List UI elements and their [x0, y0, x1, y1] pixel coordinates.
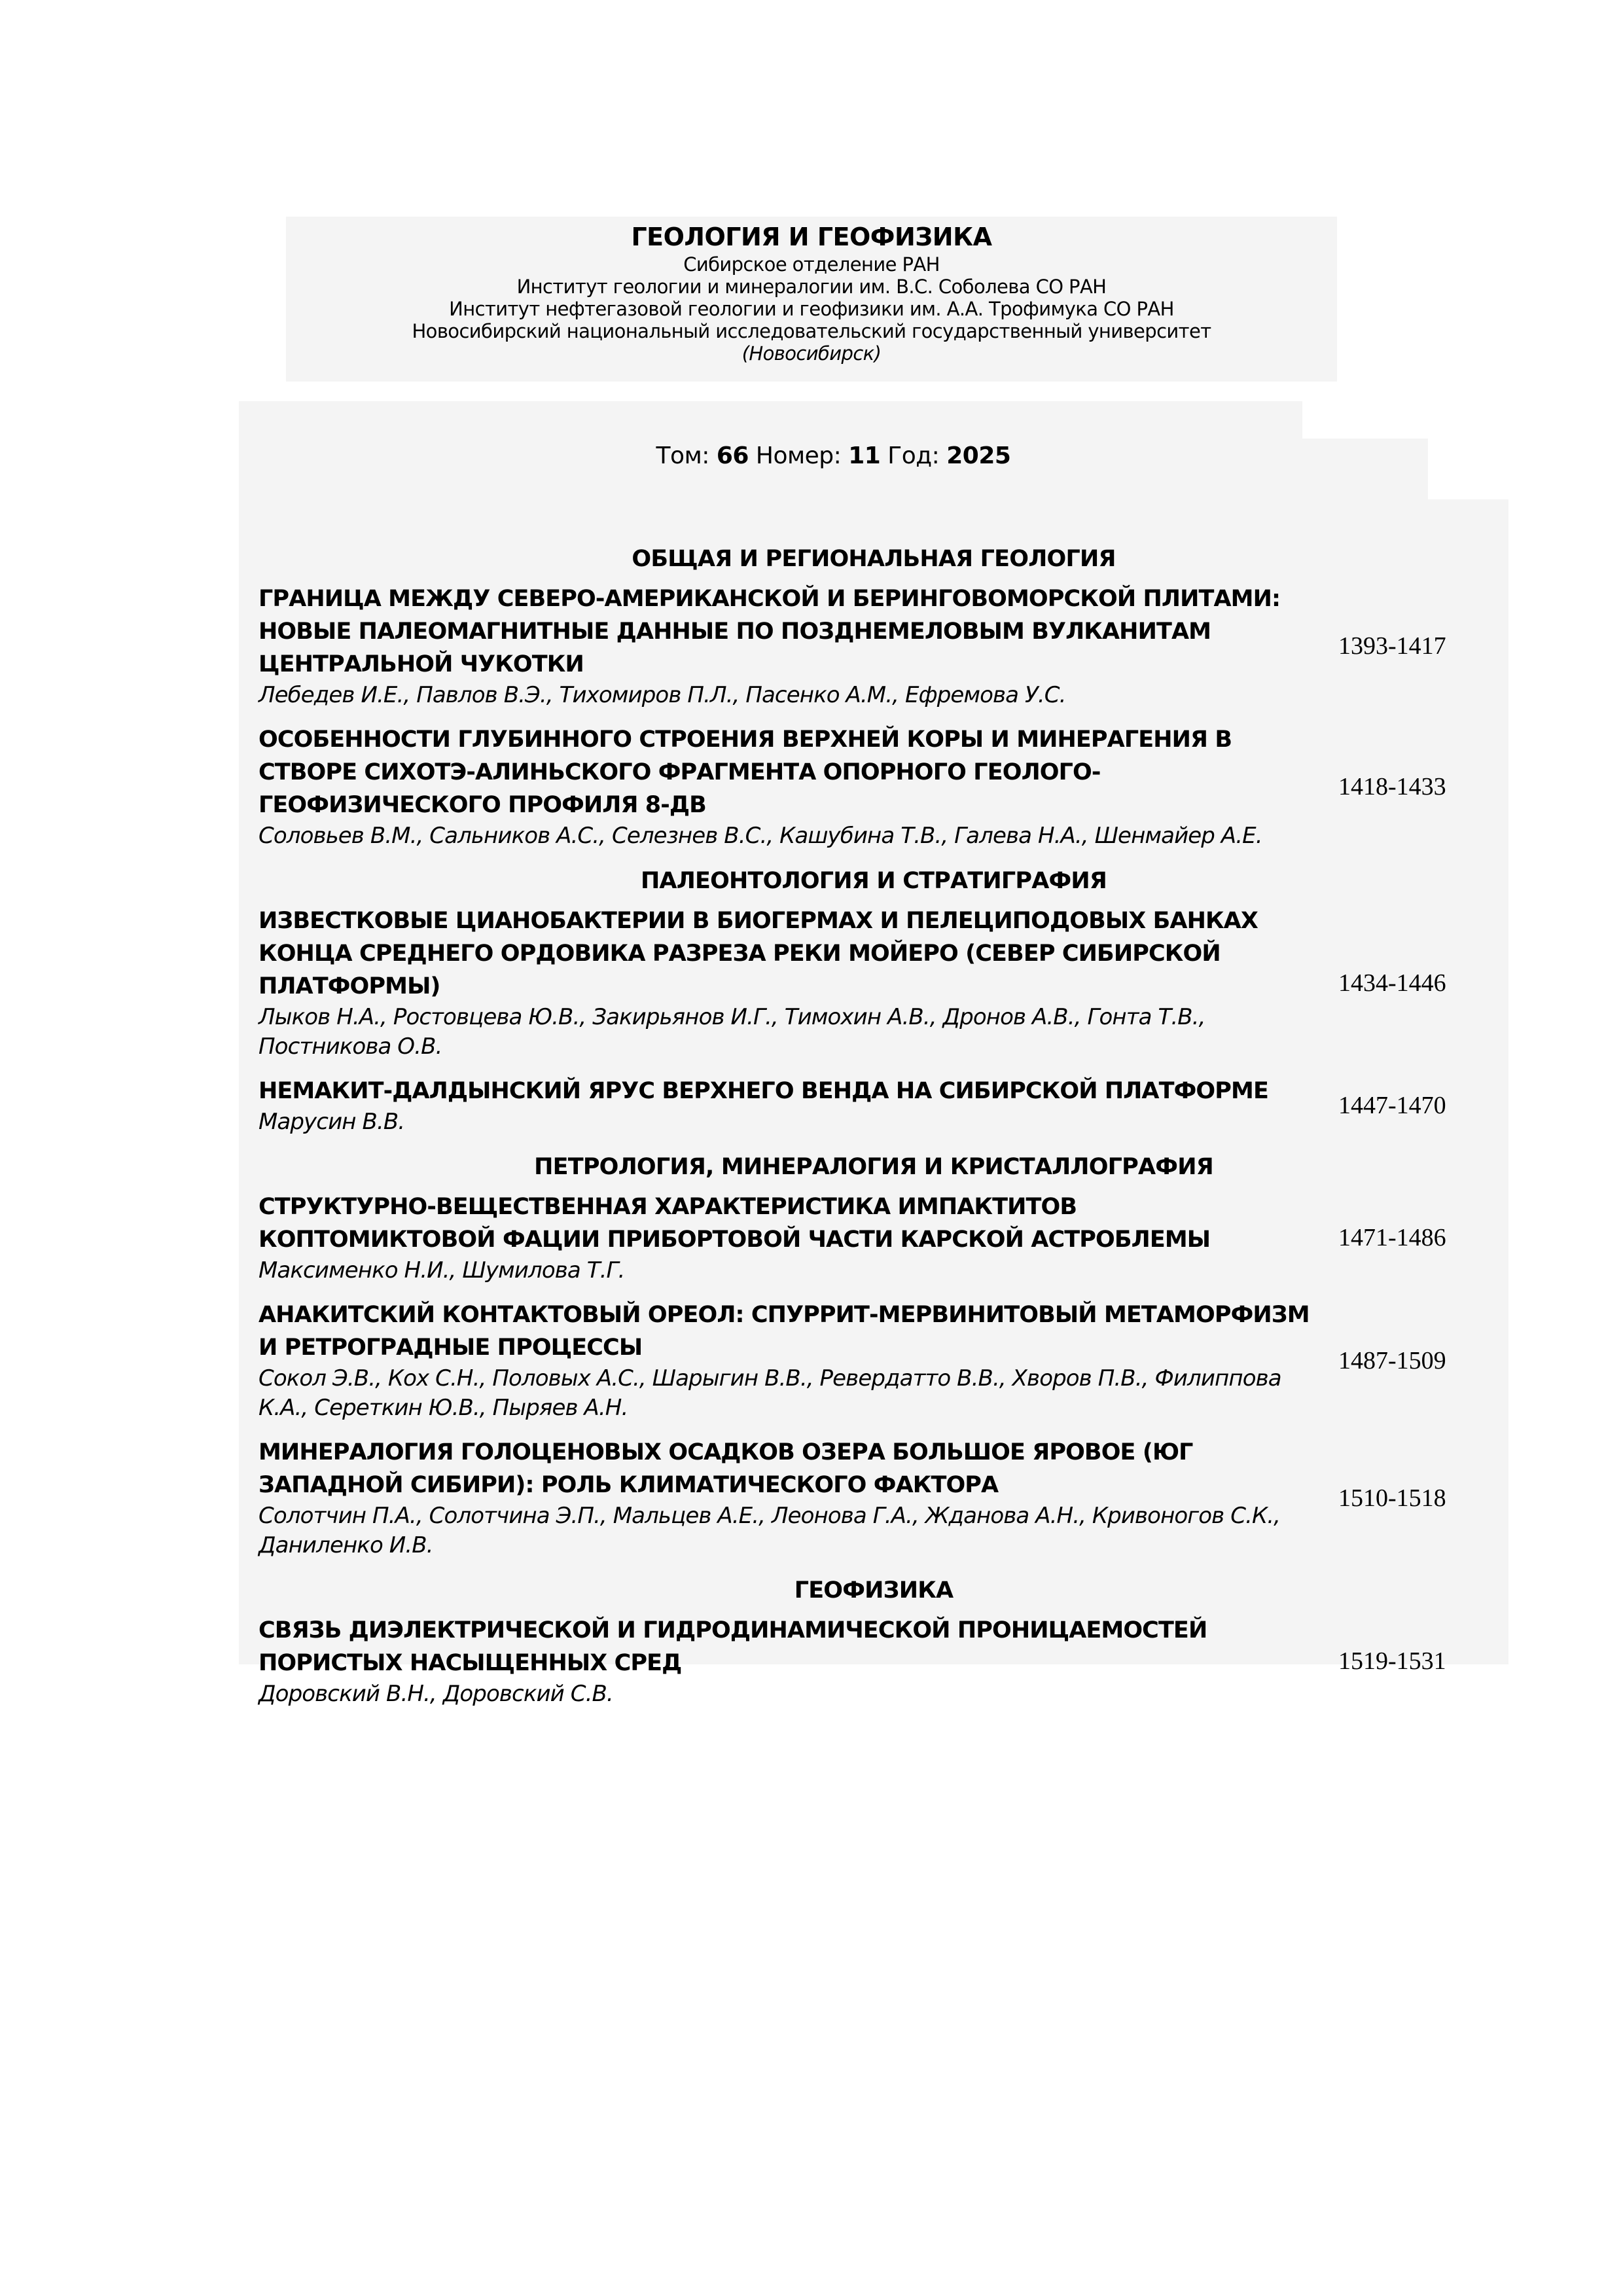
journal-header: ГЕОЛОГИЯ И ГЕОФИЗИКА Сибирское отделение…: [286, 217, 1337, 365]
affiliation-line: Новосибирский национальный исследователь…: [286, 320, 1337, 342]
journal-city: (Новосибирск): [286, 342, 1337, 365]
article-pages: 1393-1417: [1338, 632, 1446, 661]
issue-info: Том: 66 Номер: 11 Год: 2025: [239, 440, 1428, 473]
issue-panel-top: [239, 401, 1302, 440]
article-title[interactable]: ГРАНИЦА МЕЖДУ СЕВЕРО-АМЕРИКАНСКОЙ И БЕРИ…: [259, 583, 1312, 681]
number-value: 11: [848, 442, 880, 469]
article-title[interactable]: ИЗВЕСТКОВЫЕ ЦИАНОБАКТЕРИИ В БИОГЕРМАХ И …: [259, 905, 1312, 1003]
article-entry[interactable]: НЕМАКИТ-ДАЛДЫНСКИЙ ЯРУС ВЕРХНЕГО ВЕНДА Н…: [239, 1075, 1508, 1137]
section-heading: ПАЛЕОНТОЛОГИЯ И СТРАТИГРАФИЯ: [239, 864, 1508, 898]
article-authors: Лыков Н.А., Ростовцева Ю.В., Закирьянов …: [259, 1003, 1312, 1062]
section-heading: ГЕОФИЗИКА: [239, 1573, 1508, 1607]
number-label: Номер:: [756, 442, 841, 469]
article-pages: 1519-1531: [1338, 1647, 1446, 1676]
volume-label: Том:: [656, 442, 709, 469]
article-title[interactable]: МИНЕРАЛОГИЯ ГОЛОЦЕНОВЫХ ОСАДКОВ ОЗЕРА БО…: [259, 1436, 1312, 1501]
article-title[interactable]: СТРУКТУРНО-ВЕЩЕСТВЕННАЯ ХАРАКТЕРИСТИКА И…: [259, 1191, 1312, 1256]
volume-value: 66: [717, 442, 749, 469]
article-entry[interactable]: СТРУКТУРНО-ВЕЩЕСТВЕННАЯ ХАРАКТЕРИСТИКА И…: [239, 1191, 1508, 1285]
article-authors: Соловьев В.М., Сальников А.С., Селезнев …: [259, 821, 1312, 851]
article-title[interactable]: НЕМАКИТ-ДАЛДЫНСКИЙ ЯРУС ВЕРХНЕГО ВЕНДА Н…: [259, 1075, 1312, 1107]
article-title[interactable]: АНАКИТСКИЙ КОНТАКТОВЫЙ ОРЕОЛ: СПУРРИТ-МЕ…: [259, 1299, 1312, 1364]
article-pages: 1510-1518: [1338, 1484, 1446, 1513]
article-entry[interactable]: АНАКИТСКИЙ КОНТАКТОВЫЙ ОРЕОЛ: СПУРРИТ-МЕ…: [239, 1299, 1508, 1423]
article-pages: 1487-1509: [1338, 1346, 1446, 1376]
affiliation-line: Сибирское отделение РАН: [286, 253, 1337, 276]
year-label: Год:: [887, 442, 939, 469]
article-title[interactable]: СВЯЗЬ ДИЭЛЕКТРИЧЕСКОЙ И ГИДРОДИНАМИЧЕСКО…: [259, 1614, 1312, 1679]
article-title[interactable]: ОСОБЕННОСТИ ГЛУБИННОГО СТРОЕНИЯ ВЕРХНЕЙ …: [259, 723, 1312, 821]
section-heading: ОБЩАЯ И РЕГИОНАЛЬНАЯ ГЕОЛОГИЯ: [239, 542, 1508, 576]
year-value: 2025: [946, 442, 1010, 469]
section-heading: ПЕТРОЛОГИЯ, МИНЕРАЛОГИЯ И КРИСТАЛЛОГРАФИ…: [239, 1150, 1508, 1184]
article-authors: Лебедев И.Е., Павлов В.Э., Тихомиров П.Л…: [259, 681, 1312, 710]
article-pages: 1434-1446: [1338, 969, 1446, 998]
journal-title: ГЕОЛОГИЯ И ГЕОФИЗИКА: [286, 221, 1337, 253]
article-pages: 1447-1470: [1338, 1091, 1446, 1121]
article-authors: Сокол Э.В., Кох С.Н., Половых А.С., Шары…: [259, 1364, 1312, 1423]
article-entry[interactable]: ОСОБЕННОСТИ ГЛУБИННОГО СТРОЕНИЯ ВЕРХНЕЙ …: [239, 723, 1508, 851]
article-authors: Доровский В.Н., Доровский С.В.: [259, 1679, 1312, 1709]
article-entry[interactable]: МИНЕРАЛОГИЯ ГОЛОЦЕНОВЫХ ОСАДКОВ ОЗЕРА БО…: [239, 1436, 1508, 1560]
article-entry[interactable]: ГРАНИЦА МЕЖДУ СЕВЕРО-АМЕРИКАНСКОЙ И БЕРИ…: [239, 583, 1508, 710]
article-entry[interactable]: ИЗВЕСТКОВЫЕ ЦИАНОБАКТЕРИИ В БИОГЕРМАХ И …: [239, 905, 1508, 1062]
article-pages: 1418-1433: [1338, 772, 1446, 802]
affiliation-line: Институт нефтегазовой геологии и геофизи…: [286, 298, 1337, 320]
affiliation-line: Институт геологии и минералогии им. В.С.…: [286, 276, 1337, 298]
article-authors: Максименко Н.И., Шумилова Т.Г.: [259, 1256, 1312, 1285]
table-of-contents: ОБЩАЯ И РЕГИОНАЛЬНАЯ ГЕОЛОГИЯ ГРАНИЦА МЕ…: [239, 537, 1508, 1722]
article-authors: Марусин В.В.: [259, 1107, 1312, 1137]
article-entry[interactable]: СВЯЗЬ ДИЭЛЕКТРИЧЕСКОЙ И ГИДРОДИНАМИЧЕСКО…: [239, 1614, 1508, 1709]
article-pages: 1471-1486: [1338, 1223, 1446, 1253]
article-authors: Солотчин П.А., Солотчина Э.П., Мальцев А…: [259, 1501, 1312, 1560]
